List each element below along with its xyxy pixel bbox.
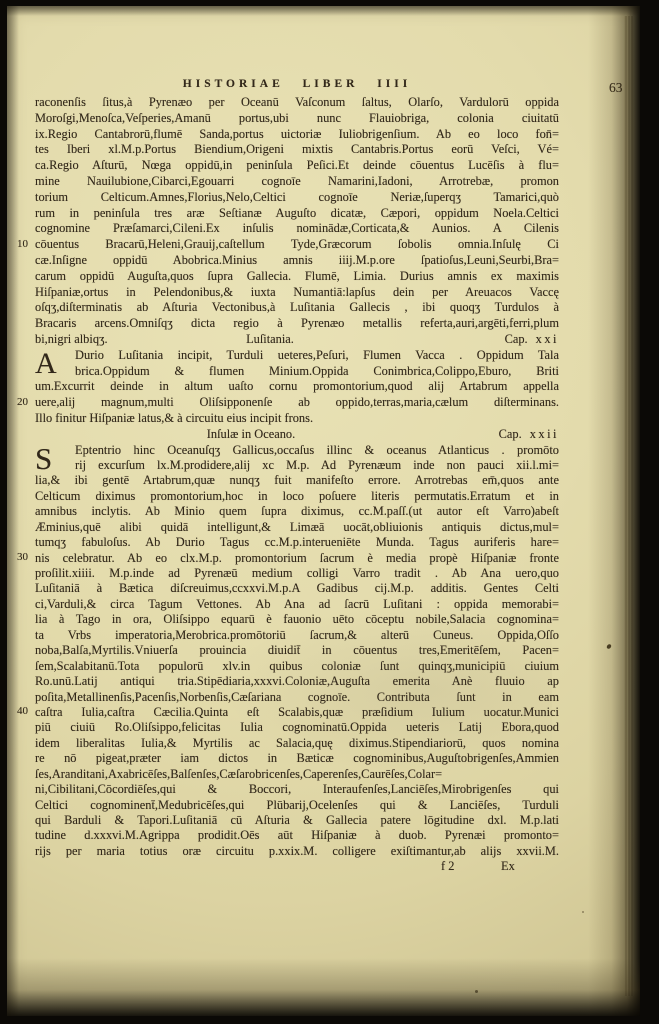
dropcap-s: S: [35, 444, 73, 473]
text-line: cōuentus Bracarū,Heleni,Grauij,caſtellum…: [35, 237, 559, 253]
text-line: rum in peninſula tres aræ Seſtianæ Auguſ…: [35, 206, 559, 222]
scanned-book-page: HISTORIAE LIBER IIII 63 10 20 30 40 raco…: [0, 0, 659, 1024]
page-edge-shadow-right: [588, 6, 640, 1016]
cap-numeral: xxi: [536, 332, 559, 346]
chapter-title-insulae: Inſulæ in Oceano.: [35, 427, 467, 443]
text-line: tudine d.xxxvi.M.Agrippa prodidit.Oēs aū…: [35, 828, 559, 843]
cap-label: Cap.: [505, 332, 528, 346]
text-line: Æminius,quē alibi quidā intelligunt,& Li…: [35, 520, 559, 535]
text-line: Illo finitur Hiſpaniæ latus,& à circuitu…: [35, 411, 559, 427]
text-line: carum oppidū Auguſta,quos ſupra Gallecia…: [35, 269, 559, 285]
cap-numeral: xxii: [530, 427, 559, 441]
text-line: ta Vrbs imperatoria,Merobrica.promōtoriū…: [35, 628, 559, 643]
page-edge-shadow-bottom: [7, 958, 640, 1016]
chapter-heading-lusitania: bi,nigri albiqʒ. Luſitania. Cap.xxi: [35, 332, 559, 348]
text-line: Durio Luſitania incipit, Turduli ueteres…: [35, 348, 559, 364]
text-line: Eptentrio hinc Oceanuſqʒ Gallicus,occaſu…: [35, 443, 559, 458]
text-line: rij excurſum lx.M.prodidere,alij xc M.p.…: [35, 458, 559, 473]
text-line: Ro.unū.Latij antiqui tria.Stipēdiaria,xx…: [35, 674, 559, 689]
signature-mark: f 2: [441, 859, 454, 874]
text-line: ca.Regio Aſturū, Nœga oppidū,in peninſul…: [35, 158, 559, 174]
text-line: cæ.Inſigne oppidū Abobrica.Minius amnis …: [35, 253, 559, 269]
dropcap-a: A: [35, 349, 73, 378]
text-line: piū ciuiū Ro.Oliſsippo,felicitas Iulia c…: [35, 720, 559, 735]
text-line: caſtra Iulia,caſtra Cæcilia.Quinta eſt S…: [35, 705, 559, 720]
text-line: tumqʒ fabuloſus. Ab Durio Tagus cc.M.p.i…: [35, 535, 559, 550]
lusitania-paragraph: A Durio Luſitania incipit, Turduli ueter…: [35, 348, 559, 427]
lusitania-paragraph-lines: Durio Luſitania incipit, Turduli ueteres…: [35, 348, 559, 427]
text-line: ſes,Aranditani,Axabricēſes,Balſenſes,Cæſ…: [35, 767, 559, 782]
chapter-title-lusitania: Luſitania.: [35, 332, 505, 348]
text-line: Luſitaniā à Bætica diſcreuimus,ccxxvi.M.…: [35, 581, 559, 596]
text-line: amnibus inclytis. Ab Minio quem ſupra di…: [35, 504, 559, 519]
text-line: Celtici cognominent̄,Medubricēſes,qui Pl…: [35, 798, 559, 813]
page-edge-shadow-left: [7, 6, 19, 1016]
text-line: torium Celticum.Amnes,Florius,Nelo,Celti…: [35, 190, 559, 206]
text-line: lia à Tago in ora, Oliſsippo equarū è fa…: [35, 612, 559, 627]
catchword: Ex: [501, 859, 515, 874]
text-line: oſqʒ,diſterminatis ab Aſturia Vectonibus…: [35, 300, 559, 316]
chapter-heading-insulae: Inſulæ in Oceano. Cap.xxii: [35, 427, 559, 443]
chapter-number-xxi: Cap.xxi: [505, 332, 559, 348]
text-line: Hiſpaniæ,ortus in Pelendonibus,& iuxta N…: [35, 285, 559, 301]
text-line: uere,alij magnum,multi Oliſsipponenſe ab…: [35, 395, 559, 411]
text-line: Celticum diximus promontorium,hoc in loc…: [35, 489, 559, 504]
running-header: HISTORIAE LIBER IIII: [35, 78, 559, 90]
cap-label: Cap.: [499, 427, 522, 441]
text-line: rijs per maria totius oræ circuitu p.xxi…: [35, 844, 559, 859]
text-line: um.Excurrit deinde in altum uaſto cornu …: [35, 379, 559, 395]
page-edge-shadow-top: [7, 6, 640, 16]
text-line: idem liberalitas Iulia,& Myrtilis ac Sal…: [35, 736, 559, 751]
text-line: nis celebratur. Ab eo clx.M.p. promontor…: [35, 551, 559, 566]
text-line: poſita,Metallinenſis,Pacenſis,Norbenſis,…: [35, 690, 559, 705]
chapter-number-xxii: Cap.xxii: [499, 427, 559, 443]
text-line: brica.Oppidum & flumen Minium.Oppida Con…: [35, 364, 559, 380]
text-line: tes Iberi xl.M.p.Portus Biendium,Origeni…: [35, 142, 559, 158]
text-line: qui Barduli & Tapori.Luſitaniā cū Aſturi…: [35, 813, 559, 828]
signature-line: f 2 Ex: [35, 859, 559, 875]
text-line: ci,Varduli,& circa Tagum Vettones. Ab An…: [35, 597, 559, 612]
ink-speck: [582, 911, 584, 913]
text-line: ſem,Scalabitanū.Tota populorū xlv.in qui…: [35, 659, 559, 674]
text-line: raconenſis ſitus,à Pyrenæo per Oceanū Va…: [35, 95, 559, 111]
text-line: Bracaris arcens.Omniſqʒ dicta regio à Py…: [35, 316, 559, 332]
insulae-paragraph-lines: Eptentrio hinc Oceanuſqʒ Gallicus,occaſu…: [35, 443, 559, 860]
text-line: noba,Balſa,Myrtilis.Vniuerſa prouincia d…: [35, 643, 559, 658]
text-line: mine Nauilubione,Cibarci,Egouarri cognoī…: [35, 174, 559, 190]
text-line: lia,& ibi gentē Artabrum,quæ nunqʒ fuit …: [35, 473, 559, 488]
text-line: ni,Cibilitani,Cōcordiēſes,qui & Boccori,…: [35, 782, 559, 797]
text-line: ix.Regio Cantabrorū,flumē Sanda,portus u…: [35, 127, 559, 143]
intro-paragraph: raconenſis ſitus,à Pyrenæo per Oceanū Va…: [35, 95, 559, 332]
text-line: re nō pigeat,præter iam dictos in Bæticæ…: [35, 751, 559, 766]
text-block: raconenſis ſitus,à Pyrenæo per Oceanū Va…: [35, 95, 559, 875]
page-paper: HISTORIAE LIBER IIII 63 10 20 30 40 raco…: [7, 6, 640, 1016]
insulae-paragraph: S Eptentrio hinc Oceanuſqʒ Gallicus,occa…: [35, 443, 559, 860]
text-line: cognomine Præſamarci,Cileni.Ex inſulis n…: [35, 221, 559, 237]
text-line: proſilit.xiiii. M.p.inde ad Pyrenæū medi…: [35, 566, 559, 581]
text-line: Moroſgi,Menoſca,Veſperies,Amanū portus,u…: [35, 111, 559, 127]
